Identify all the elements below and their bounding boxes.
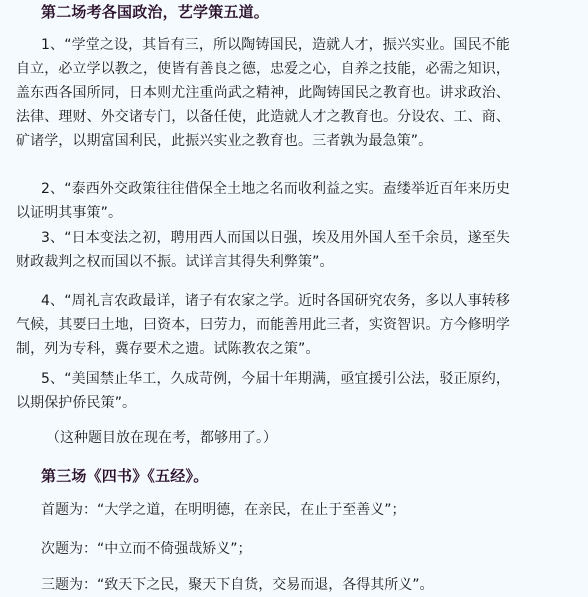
section-2-heading: 第二场考各国政治，艺学策五道。: [16, 2, 269, 22]
question-2: 2、“泰西外交政策往往借保全土地之名而收利益之实。盍缕举近百年来历史以证明其事策…: [16, 177, 510, 225]
question-5: 5、“美国禁止华工，久成苛例，今届十年期满，亟宜援引公法，驳正原约，以期保护侨民…: [16, 367, 510, 415]
editor-note: （这种题目放在现在考，都够用了。）: [46, 428, 277, 448]
topic-2: 次题为：“中立而不倚强哉矫义”；: [41, 539, 252, 559]
section-3-heading: 第三场《四书》《五经》。: [16, 466, 208, 486]
topic-1: 首题为：“大学之道，在明明德，在亲民，在止于至善义”；: [41, 500, 406, 520]
topic-3: 三题为：“致天下之民，聚天下自货，交易而退，各得其所义”。: [41, 575, 434, 595]
question-4: 4、“周礼言农政最详，诸子有农家之学。近时各国研究农务，多以人事转移气候，其要曰…: [16, 289, 510, 361]
question-3: 3、“日本变法之初，聘用西人而国以日强，埃及用外国人至千余员，遂至失财政裁判之权…: [16, 226, 510, 274]
question-1: 1、“学堂之设，其旨有三，所以陶铸国民，造就人才，振兴实业。国民不能自立，必立学…: [16, 33, 510, 153]
